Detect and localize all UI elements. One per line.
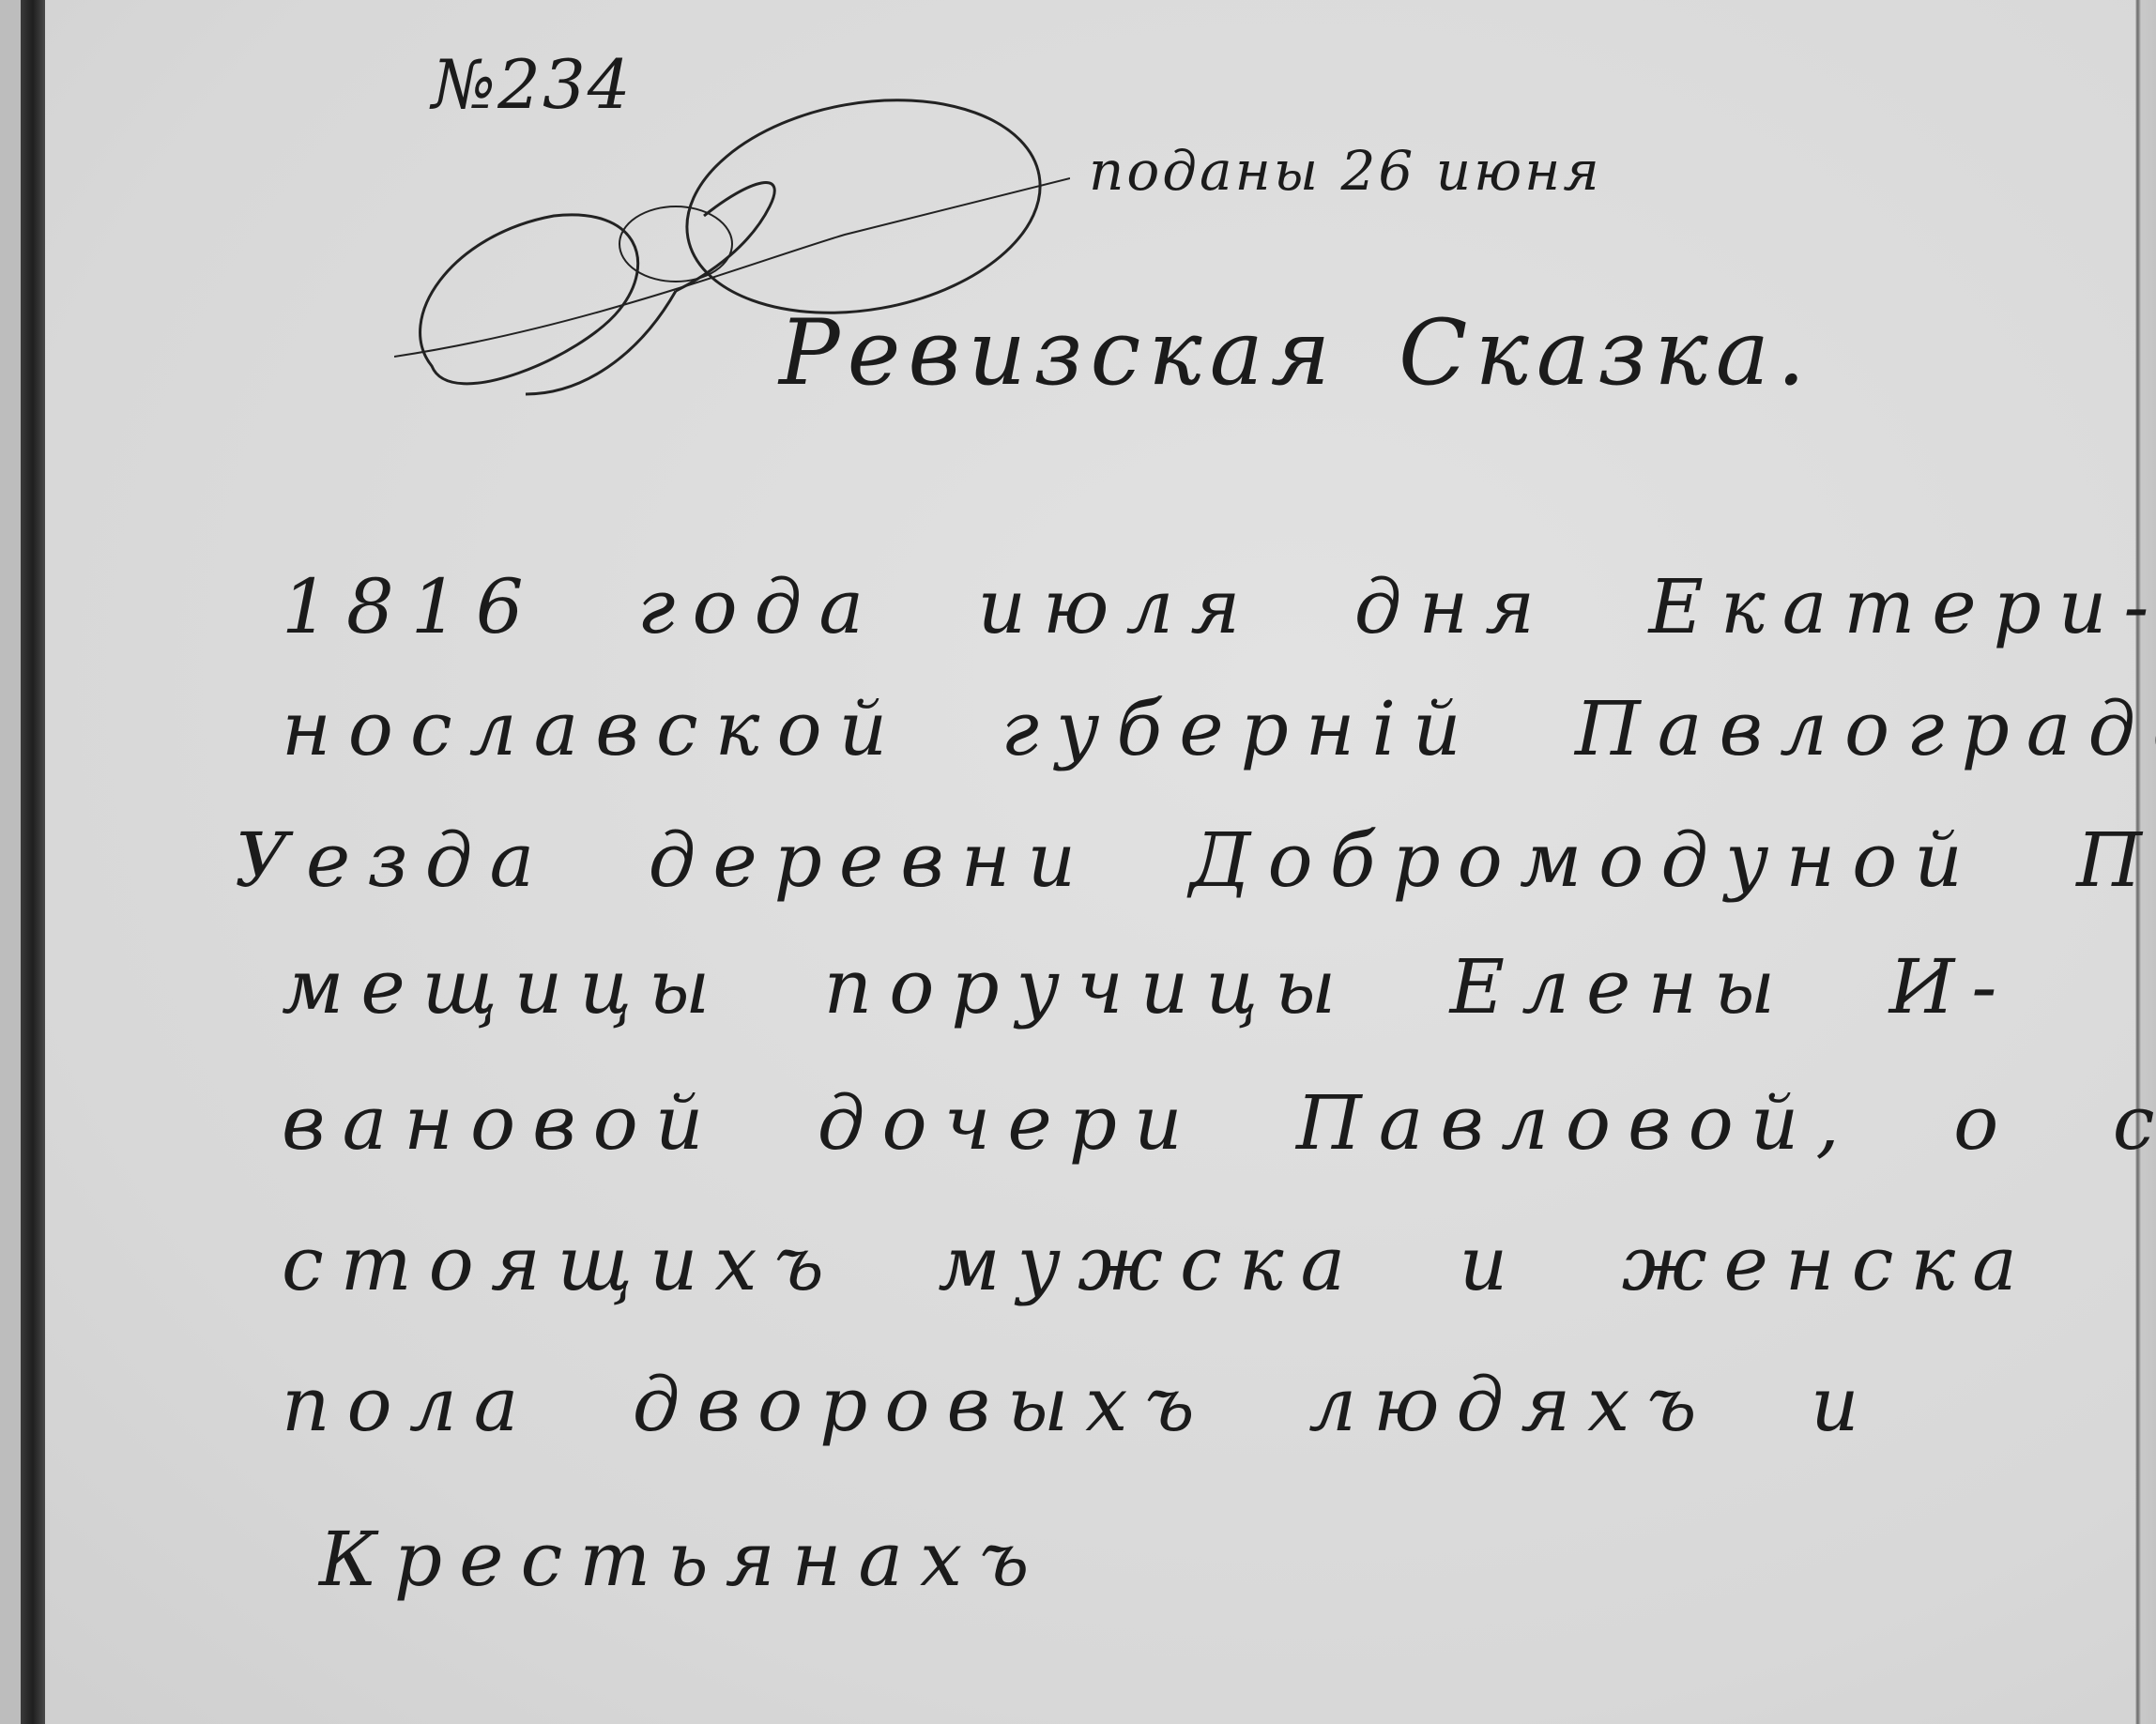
filed-date-note: поданы 26 июня <box>1089 139 1602 203</box>
body-line-5: вановой дочери Павловой, о со- <box>282 1079 2156 1167</box>
body-line-8: Крестьянахъ <box>319 1516 1046 1603</box>
body-line-7: пола дворовыхъ людяхъ и <box>282 1361 1876 1448</box>
body-line-4: мещицы поручицы Елены И- <box>282 943 2013 1030</box>
left-margin <box>0 0 21 1724</box>
book-binding-edge <box>21 0 45 1724</box>
body-line-1: 1816 года июля дня Екатери- <box>282 563 2156 650</box>
body-line-6: стоящихъ мужска и женска <box>282 1220 2034 1307</box>
title-word-tale: Сказка. <box>1399 300 1812 405</box>
manuscript-page: №234 поданы 26 июня Ревизская Сказка. 18… <box>0 0 2156 1724</box>
title-word-revision: Ревизская <box>779 300 1338 405</box>
body-line-2: нославской губерній Павлоградского <box>282 685 2156 772</box>
body-line-3: Уезда деревни Добромодуной По- <box>235 816 2156 904</box>
